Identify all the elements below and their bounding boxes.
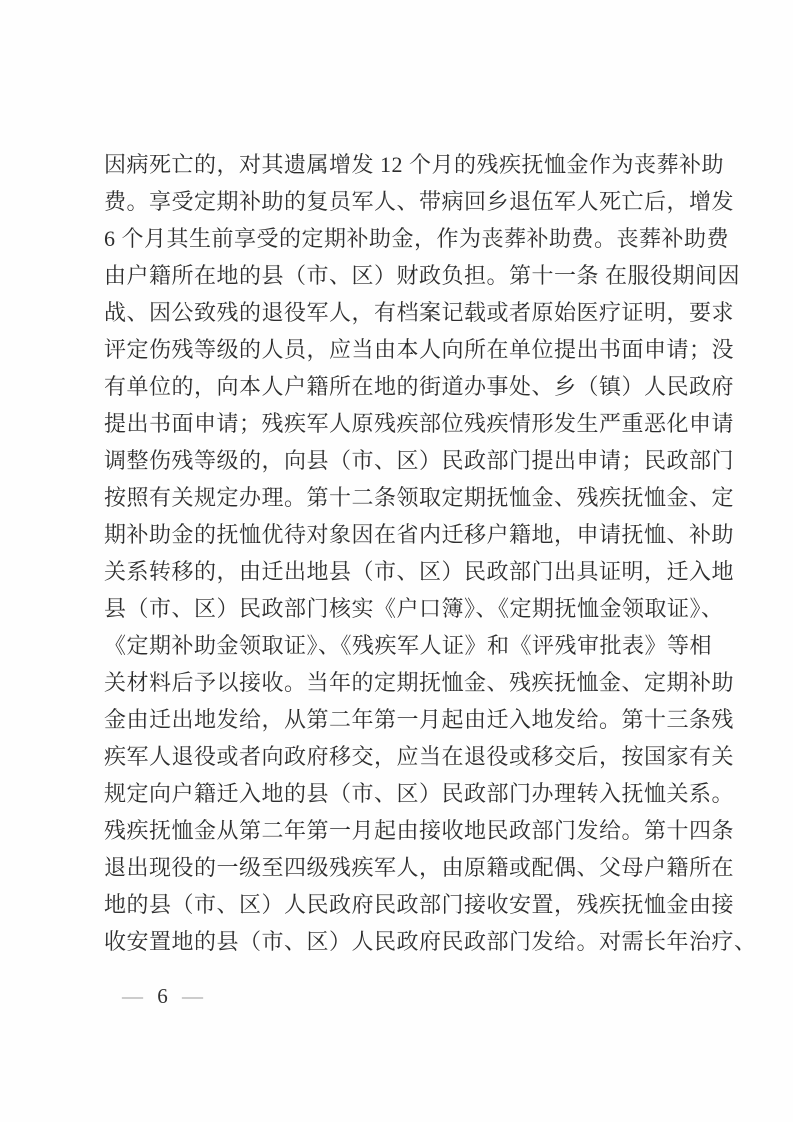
text-line: 6 个月其生前享受的定期补助金，作为丧葬补助费。丧葬补助费 xyxy=(104,220,702,257)
text-line: 费。享受定期补助的复员军人、带病回乡退伍军人死亡后，增发 xyxy=(104,183,702,220)
text-line: 由户籍所在地的县（市、区）财政负担。第十一条 在服役期间因 xyxy=(104,257,702,294)
text-line: 关系转移的，由迁出地县（市、区）民政部门出具证明，迁入地 xyxy=(104,553,702,590)
text-line: 期补助金的抚恤优待对象因在省内迁移户籍地，申请抚恤、补助 xyxy=(104,516,702,553)
text-line: 《定期补助金领取证》、《残疾军人证》和《评残审批表》等相 xyxy=(104,627,702,664)
text-line: 关材料后予以接收。当年的定期抚恤金、残疾抚恤金、定期补助 xyxy=(104,664,702,701)
text-line: 规定向户籍迁入地的县（市、区）民政部门办理转入抚恤关系。 xyxy=(104,775,702,812)
document-page: 因病死亡的，对其遗属增发 12 个月的残疾抚恤金作为丧葬补助费。享受定期补助的复… xyxy=(0,0,793,1122)
body-text: 因病死亡的，对其遗属增发 12 个月的残疾抚恤金作为丧葬补助费。享受定期补助的复… xyxy=(104,146,702,960)
page-number-dash-right: — xyxy=(182,984,203,1008)
text-line: 因病死亡的，对其遗属增发 12 个月的残疾抚恤金作为丧葬补助 xyxy=(104,146,702,183)
text-line: 退出现役的一级至四级残疾军人，由原籍或配偶、父母户籍所在 xyxy=(104,849,702,886)
text-line: 调整伤残等级的，向县（市、区）民政部门提出申请；民政部门 xyxy=(104,442,702,479)
text-line: 残疾抚恤金从第二年第一月起由接收地民政部门发给。第十四条 xyxy=(104,812,702,849)
text-line: 有单位的，向本人户籍所在地的街道办事处、乡（镇）人民政府 xyxy=(104,368,702,405)
text-line: 提出书面申请；残疾军人原残疾部位残疾情形发生严重恶化申请 xyxy=(104,405,702,442)
page-number-dash-left: — xyxy=(122,984,143,1008)
page-number: — 6 — xyxy=(122,984,203,1009)
text-line: 疾军人退役或者向政府移交，应当在退役或移交后，按国家有关 xyxy=(104,738,702,775)
text-line: 按照有关规定办理。第十二条领取定期抚恤金、残疾抚恤金、定 xyxy=(104,479,702,516)
text-line: 战、因公致残的退役军人，有档案记载或者原始医疗证明，要求 xyxy=(104,294,702,331)
page-number-value: 6 xyxy=(157,984,168,1008)
text-line: 县（市、区）民政部门核实《户口簿》、《定期抚恤金领取证》、 xyxy=(104,590,702,627)
text-line: 评定伤残等级的人员，应当由本人向所在单位提出书面申请；没 xyxy=(104,331,702,368)
text-line: 地的县（市、区）人民政府民政部门接收安置，残疾抚恤金由接 xyxy=(104,886,702,923)
text-line: 金由迁出地发给，从第二年第一月起由迁入地发给。第十三条残 xyxy=(104,701,702,738)
text-line: 收安置地的县（市、区）人民政府民政部门发给。对需长年治疗、 xyxy=(104,923,702,960)
